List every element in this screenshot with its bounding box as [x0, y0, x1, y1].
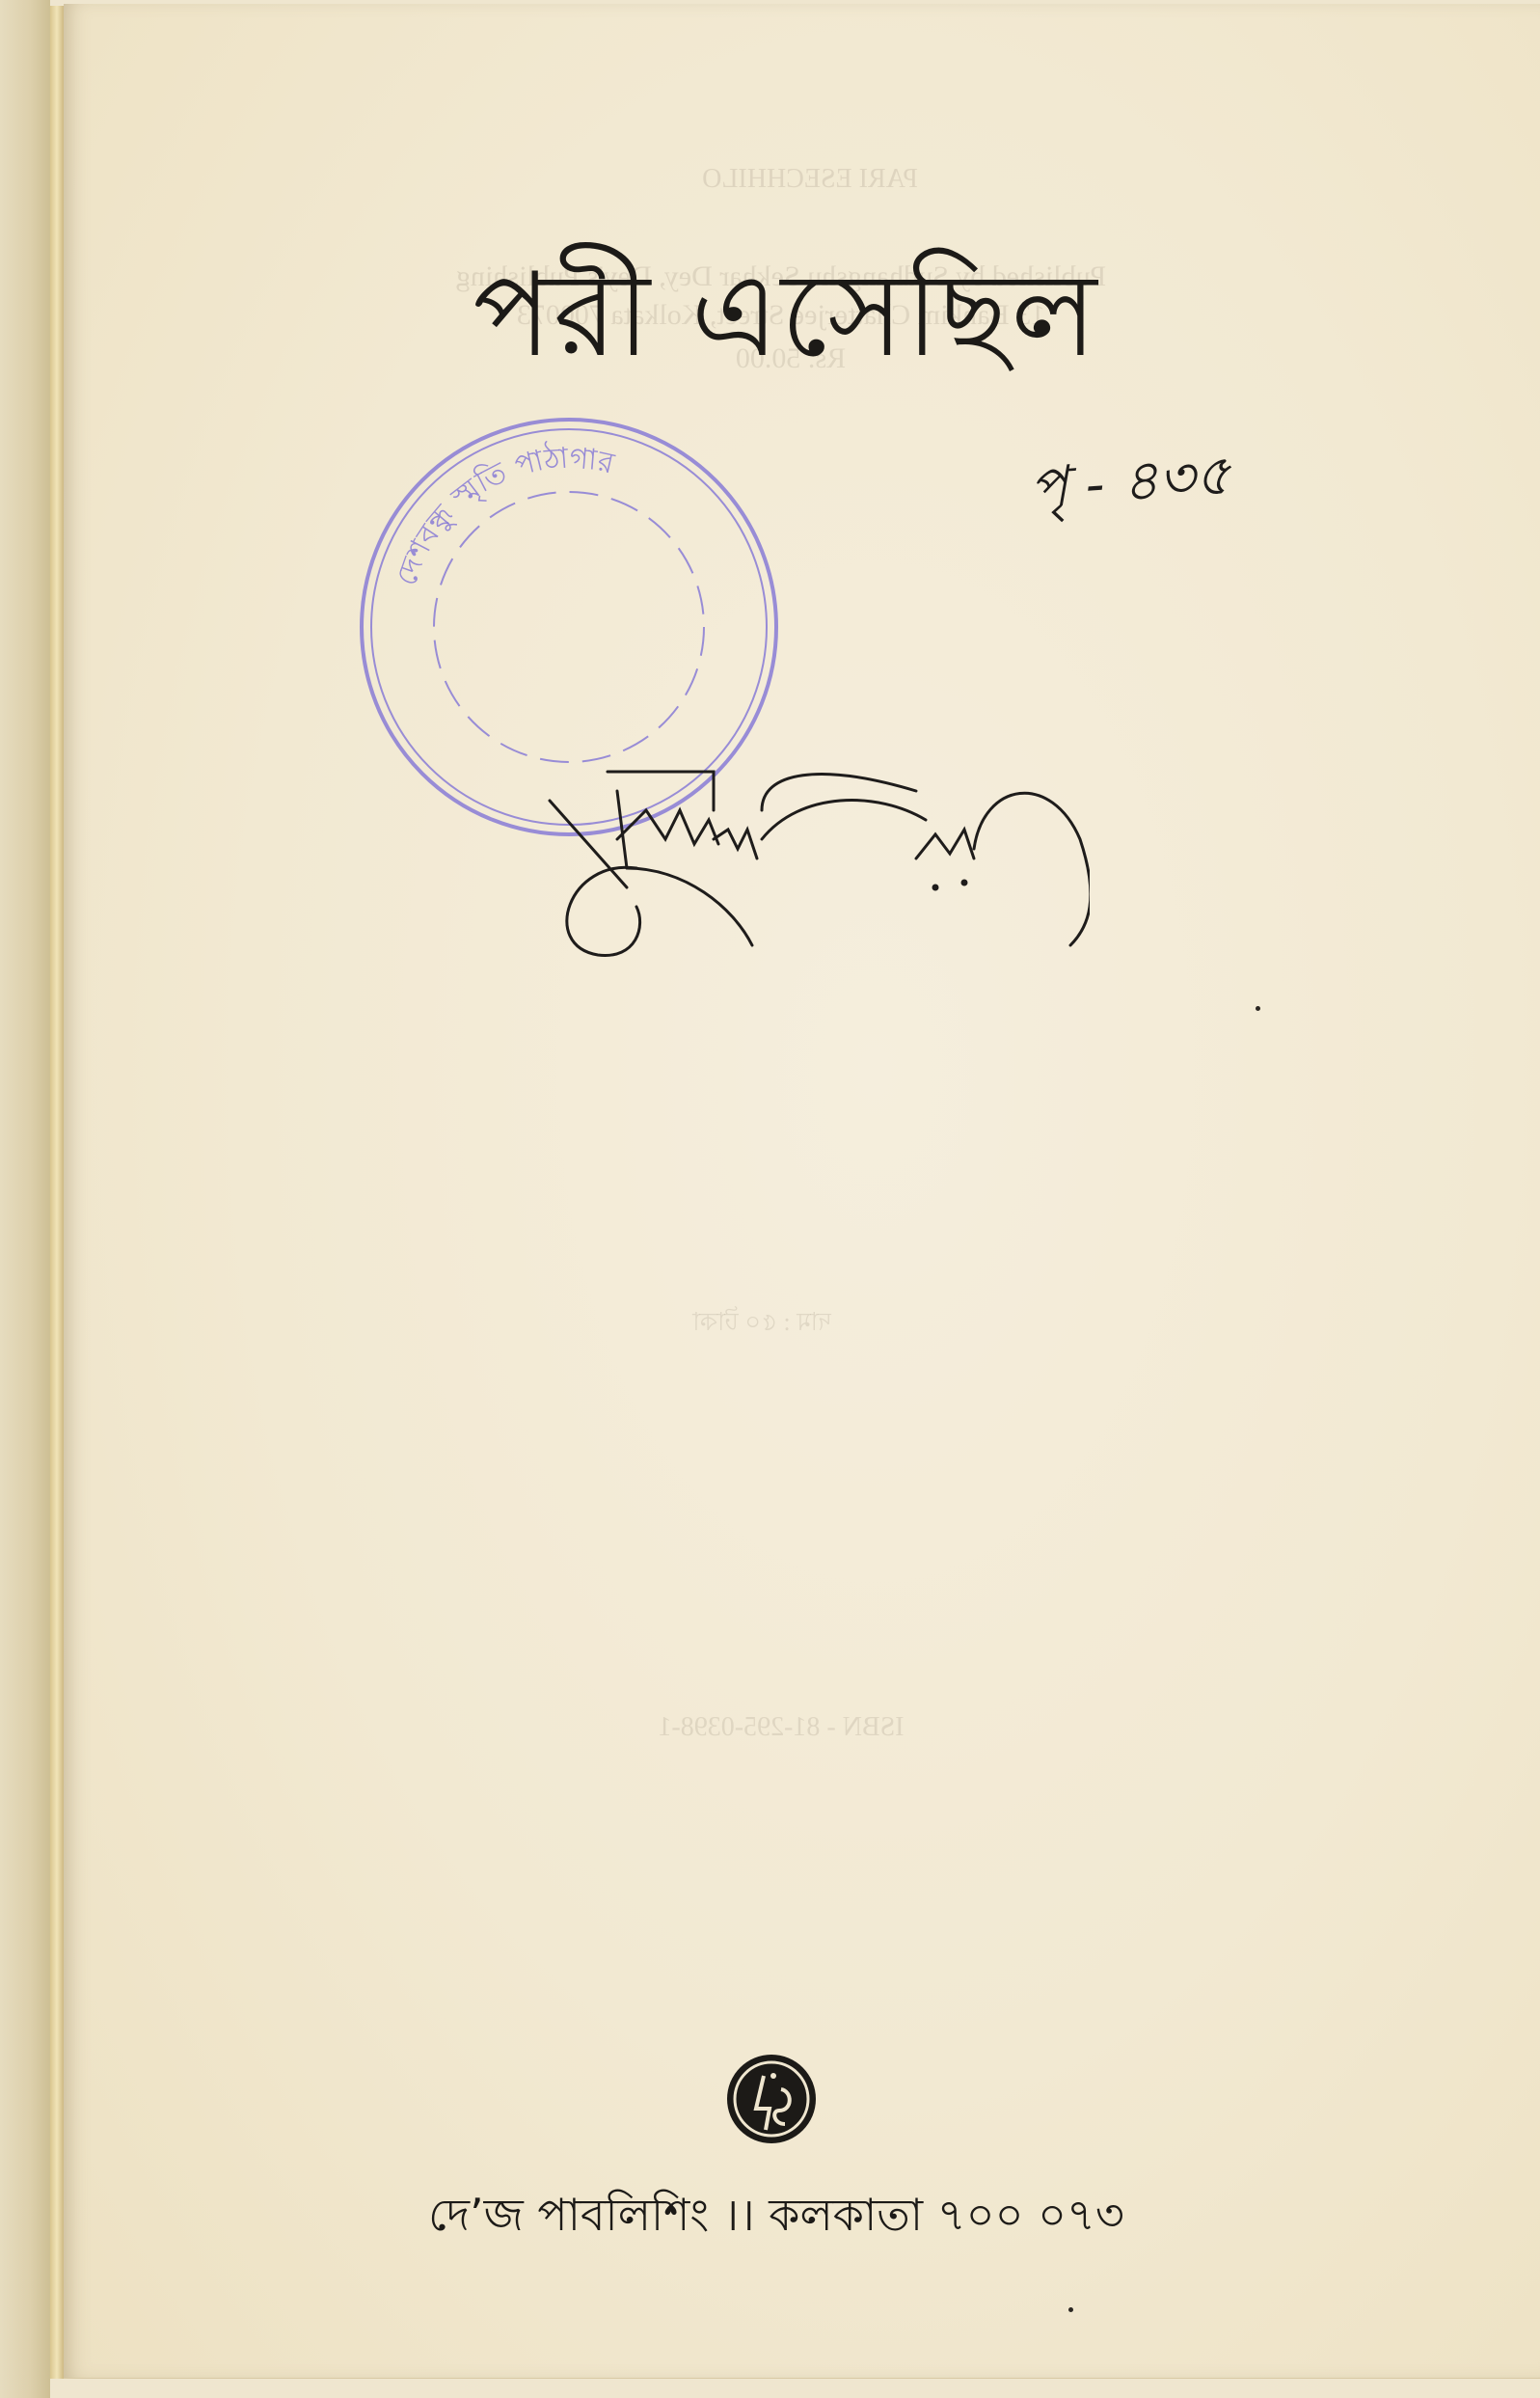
ink-speck — [1068, 2307, 1073, 2312]
show-through-isbn: ISBN - 81-295-0398-1 — [540, 1712, 1022, 1743]
page-gutter-edge — [50, 6, 64, 2379]
publisher-imprint: দে’জ পাবলিশিং ।। কলকাতা ৭০০ ০৭৩ — [366, 2182, 1186, 2255]
show-through-title: PARI ESECHHILO — [617, 164, 1003, 195]
signature-icon — [511, 752, 1090, 965]
book-spine — [0, 0, 50, 2398]
book-title: পরী এসেছিল — [386, 259, 1186, 374]
publisher-logo-icon — [725, 2053, 818, 2145]
show-through-price-bn: দাম : ৫০ টাকা — [617, 1302, 906, 1345]
ink-speck — [1256, 1006, 1260, 1011]
svg-text:দেশবন্ধু স্মৃতি পাঠাগার: দেশবন্ধু স্মৃতি পাঠাগার — [390, 440, 617, 590]
handwritten-page-note: পৃ - ৪৩৫ — [1027, 432, 1234, 539]
